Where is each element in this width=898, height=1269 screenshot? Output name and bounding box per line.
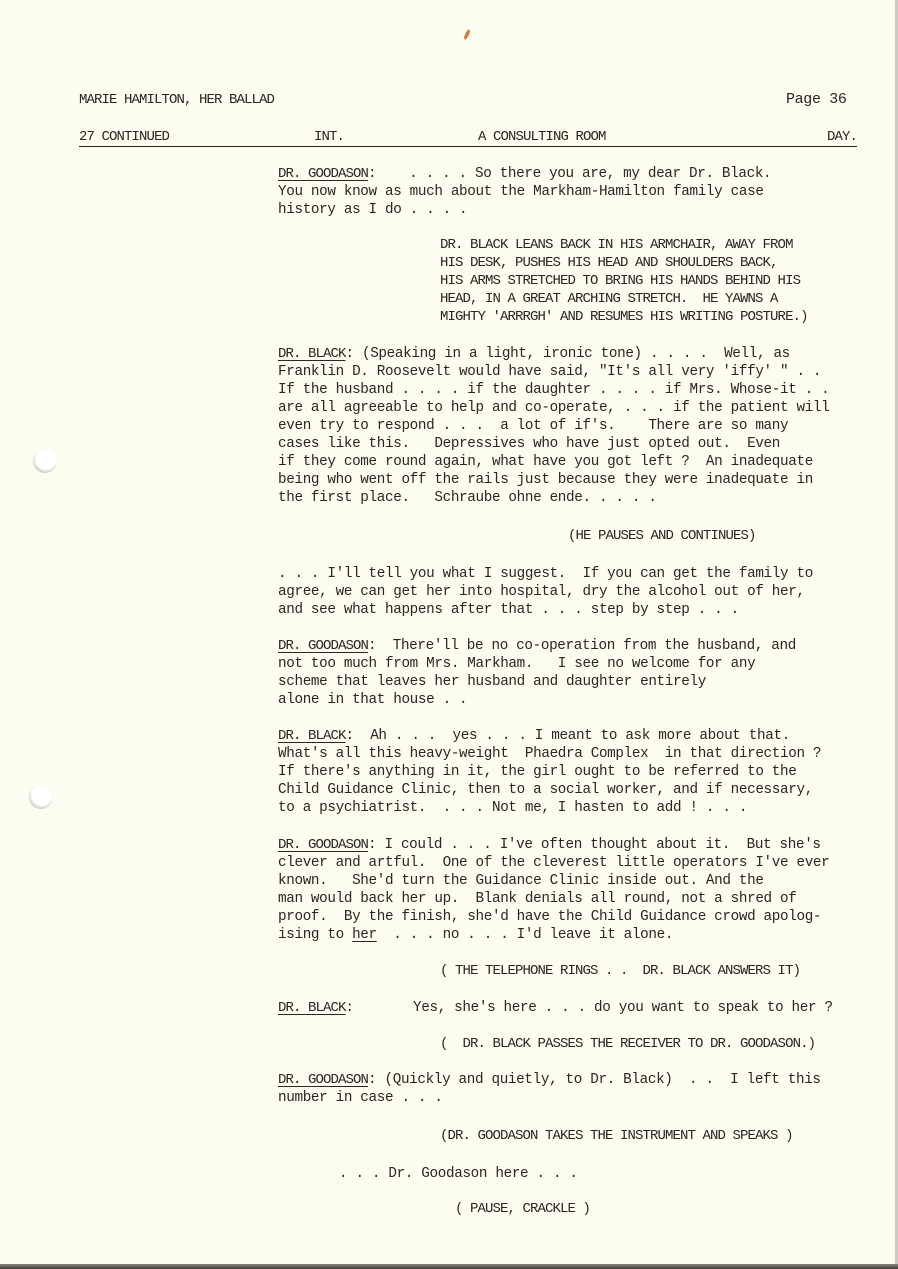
dialogue-text: not too much from Mrs. Markham. I see no… (278, 655, 796, 673)
dialogue-text: If the husband . . . . if the daughter .… (278, 381, 829, 399)
direction-text: DR. BLACK LEANS BACK IN HIS ARMCHAIR, AW… (440, 236, 808, 254)
scene-number: 27 CONTINUED (79, 128, 169, 146)
dialogue-text: proof. By the finish, she'd have the Chi… (278, 908, 829, 926)
dialogue-text: even try to respond . . . a lot of if's.… (278, 417, 829, 435)
direction-text: HEAD, IN A GREAT ARCHING STRETCH. HE YAW… (440, 290, 808, 308)
emphasized-word: her (352, 927, 377, 943)
dialogue-text: : . . . . So there you are, my dear Dr. … (368, 166, 771, 182)
dialogue-text: if they come round again, what have you … (278, 453, 829, 471)
dialogue-text: You now know as much about the Markham-H… (278, 183, 771, 201)
dialogue-block: DR. GOODASON: There'll be no co-operatio… (278, 637, 796, 709)
stage-direction: (HE PAUSES AND CONTINUES) (568, 527, 756, 545)
script-title: MARIE HAMILTON, HER BALLAD (79, 91, 274, 109)
speaker-name: DR. GOODASON (278, 638, 368, 654)
dialogue-text: to a psychiatrist. . . . Not me, I haste… (278, 799, 821, 817)
dialogue-text: . . . no . . . I'd leave it alone. (377, 927, 673, 943)
speaker-name: DR. GOODASON (278, 166, 368, 182)
page-number: Page 36 (786, 91, 847, 109)
dialogue-text: and see what happens after that . . . st… (278, 601, 813, 619)
direction-text: HIS ARMS STRETCHED TO BRING HIS HANDS BE… (440, 272, 808, 290)
dialogue-text: known. She'd turn the Guidance Clinic in… (278, 872, 829, 890)
dialogue-text: . . . Dr. Goodason here . . . (339, 1165, 578, 1183)
stage-direction: ( THE TELEPHONE RINGS . . DR. BLACK ANSW… (440, 962, 800, 980)
dialogue-text: being who went off the rails just becaus… (278, 471, 829, 489)
speaker-name: DR. BLACK (278, 728, 346, 744)
punch-hole-icon (29, 785, 53, 809)
speaker-name: DR. GOODASON (278, 1072, 368, 1088)
dialogue-text: : (Speaking in a light, ironic tone) . .… (346, 346, 790, 362)
dialogue-text: are all agreeable to help and co-operate… (278, 399, 829, 417)
stage-direction: ( PAUSE, CRACKLE ) (455, 1200, 590, 1218)
dialogue-text: cases like this. Depressives who have ju… (278, 435, 829, 453)
punch-hole-icon (33, 449, 57, 473)
dialogue-text: Franklin D. Roosevelt would have said, "… (278, 363, 829, 381)
scene-location: A CONSULTING ROOM (478, 128, 606, 146)
direction-text: HIS DESK, PUSHES HIS HEAD AND SHOULDERS … (440, 254, 808, 272)
dialogue-text: Yes, she's here . . . do you want to spe… (413, 999, 833, 1017)
speaker-name: DR. BLACK (278, 346, 346, 362)
dialogue-block: DR. GOODASON: (Quickly and quietly, to D… (278, 1071, 821, 1107)
speaker-colon: : (346, 1000, 354, 1016)
dialogue-text: agree, we can get her into hospital, dry… (278, 583, 813, 601)
dialogue-text: Child Guidance Clinic, then to a social … (278, 781, 821, 799)
dialogue-text: history as I do . . . . (278, 201, 771, 219)
scene-time: DAY. (827, 128, 857, 146)
page-edge-bottom (0, 1264, 898, 1269)
dialogue-block: DR. BLACK: (Speaking in a light, ironic … (278, 345, 829, 507)
scene-heading: 27 CONTINUED INT. A CONSULTING ROOM DAY. (79, 128, 857, 147)
scene-int-ext: INT. (314, 128, 344, 146)
dialogue-text: : Ah . . . yes . . . I meant to ask more… (346, 728, 790, 744)
dialogue-block: DR. GOODASON: I could . . . I've often t… (278, 836, 829, 944)
speaker-name: DR. BLACK (278, 1000, 346, 1016)
dialogue-text: clever and artful. One of the cleverest … (278, 854, 829, 872)
speaker-name: DR. GOODASON (278, 837, 368, 853)
dialogue-block: DR. GOODASON: . . . . So there you are, … (278, 165, 771, 219)
dialogue-text: alone in that house . . (278, 691, 796, 709)
dialogue-text: : There'll be no co-operation from the h… (368, 638, 796, 654)
dialogue-text: man would back her up. Blank denials all… (278, 890, 829, 908)
stage-direction: ( DR. BLACK PASSES THE RECEIVER TO DR. G… (440, 1035, 815, 1053)
dialogue-block: DR. BLACK: Ah . . . yes . . . I meant to… (278, 727, 821, 817)
dialogue-text: . . . I'll tell you what I suggest. If y… (278, 565, 813, 583)
dialogue-text: scheme that leaves her husband and daugh… (278, 673, 796, 691)
direction-text: MIGHTY 'ARRRGH' AND RESUMES HIS WRITING … (440, 308, 808, 326)
dialogue-block: . . . I'll tell you what I suggest. If y… (278, 565, 813, 619)
dialogue-text: If there's anything in it, the girl ough… (278, 763, 821, 781)
dialogue-text: : I could . . . I've often thought about… (368, 837, 821, 853)
dialogue-text: number in case . . . (278, 1089, 821, 1107)
dialogue-text: ising to (278, 927, 352, 943)
dialogue-text: the first place. Schraube ohne ende. . .… (278, 489, 829, 507)
stage-direction: DR. BLACK LEANS BACK IN HIS ARMCHAIR, AW… (440, 236, 808, 326)
dialogue-text: What's all this heavy-weight Phaedra Com… (278, 745, 821, 763)
dialogue-text: : (Quickly and quietly, to Dr. Black) . … (368, 1072, 821, 1088)
dialogue-block: DR. BLACK: (278, 999, 353, 1017)
stage-direction: (DR. GOODASON TAKES THE INSTRUMENT AND S… (440, 1127, 793, 1145)
